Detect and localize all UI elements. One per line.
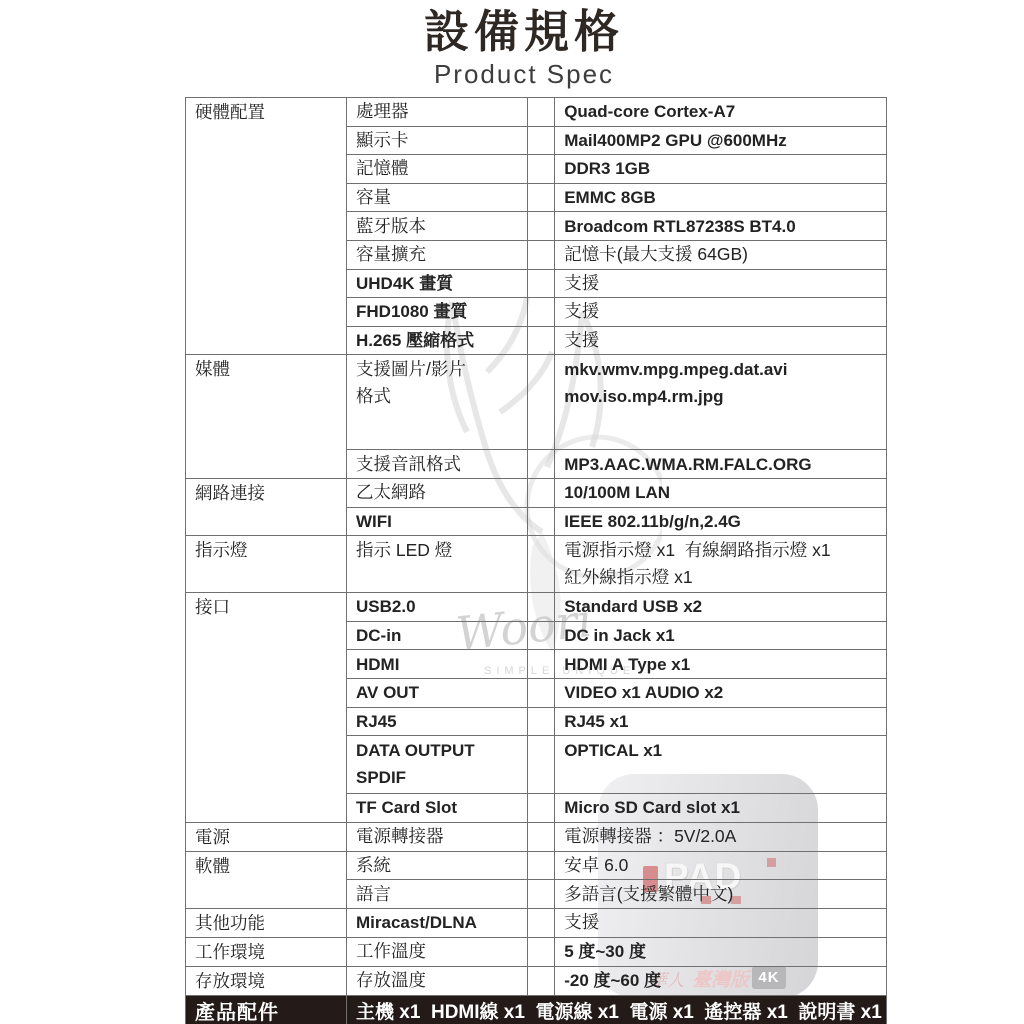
accessories-label: 產品配件 xyxy=(186,995,347,1024)
table-row: 硬體配置處理器Quad-core Cortex-A7 xyxy=(186,98,887,127)
item-cell: 容量 xyxy=(347,183,528,212)
item-cell: 支援音訊格式 xyxy=(347,450,528,479)
value-cell: 支援 xyxy=(555,269,887,298)
item-cell: DATA OUTPUTSPDIF xyxy=(347,736,528,794)
value-cell: 多語言(支援繁體中文) xyxy=(555,880,887,909)
table-row: 網路連接乙太網路10/100M LAN xyxy=(186,478,887,507)
item-cell: 工作溫度 xyxy=(347,937,528,966)
category-cell: 電源 xyxy=(186,822,347,851)
value-cell: MP3.AAC.WMA.RM.FALC.ORG xyxy=(555,450,887,479)
value-cell: -20 度~60 度 xyxy=(555,966,887,995)
spacer-cell xyxy=(527,908,555,937)
spacer-cell xyxy=(527,678,555,707)
spacer-cell xyxy=(527,966,555,995)
value-cell: Mail400MP2 GPU @600MHz xyxy=(555,126,887,155)
spacer-cell xyxy=(527,736,555,794)
spec-table: 硬體配置處理器Quad-core Cortex-A7顯示卡Mail400MP2 … xyxy=(185,97,887,1024)
spacer-cell xyxy=(527,450,555,479)
spacer-cell xyxy=(527,326,555,355)
value-cell: 安卓 6.0 xyxy=(555,851,887,880)
table-row: 其他功能Miracast/DLNA支援 xyxy=(186,908,887,937)
spacer-cell xyxy=(527,240,555,269)
item-cell: H.265 壓縮格式 xyxy=(347,326,528,355)
item-cell: RJ45 xyxy=(347,707,528,736)
spacer-cell xyxy=(527,880,555,909)
category-cell: 其他功能 xyxy=(186,908,347,937)
item-cell: USB2.0 xyxy=(347,593,528,622)
value-cell: EMMC 8GB xyxy=(555,183,887,212)
category-cell: 媒體 xyxy=(186,355,347,479)
category-cell: 軟體 xyxy=(186,851,347,908)
spacer-cell xyxy=(527,355,555,450)
accessories-row: 產品配件主機 x1 HDMI線 x1 電源線 x1 電源 x1 遙控器 x1 說… xyxy=(186,995,887,1024)
item-cell: 乙太網路 xyxy=(347,478,528,507)
value-cell: 記憶卡(最大支援 64GB) xyxy=(555,240,887,269)
item-cell: 語言 xyxy=(347,880,528,909)
item-cell: DC-in xyxy=(347,621,528,650)
value-cell: HDMI A Type x1 xyxy=(555,650,887,679)
category-cell: 指示燈 xyxy=(186,536,347,593)
table-row: 工作環境工作溫度5 度~30 度 xyxy=(186,937,887,966)
value-cell: 支援 xyxy=(555,298,887,327)
value-cell: OPTICAL x1 xyxy=(555,736,887,794)
item-cell: 容量擴充 xyxy=(347,240,528,269)
value-cell: mkv.wmv.mpg.mpeg.dat.avimov.iso.mp4.rm.j… xyxy=(555,355,887,450)
item-cell: 藍牙版本 xyxy=(347,212,528,241)
spacer-cell xyxy=(527,794,555,823)
item-cell: 支援圖片/影片格式 xyxy=(347,355,528,450)
item-cell: AV OUT xyxy=(347,678,528,707)
value-cell: 5 度~30 度 xyxy=(555,937,887,966)
value-cell: Micro SD Card slot x1 xyxy=(555,794,887,823)
item-cell: FHD1080 畫質 xyxy=(347,298,528,327)
value-cell: DC in Jack x1 xyxy=(555,621,887,650)
table-row: 電源電源轉接器電源轉接器 ：5V/2.0A xyxy=(186,822,887,851)
value-cell: 電源指示燈 x1 有線網路指示燈 x1紅外線指示燈 x1 xyxy=(555,536,887,593)
spacer-cell xyxy=(527,298,555,327)
table-row: 指示燈指示 LED 燈電源指示燈 x1 有線網路指示燈 x1紅外線指示燈 x1 xyxy=(186,536,887,593)
spacer-cell xyxy=(527,507,555,536)
value-cell: Quad-core Cortex-A7 xyxy=(555,98,887,127)
item-cell: WIFI xyxy=(347,507,528,536)
item-cell: Miracast/DLNA xyxy=(347,908,528,937)
table-row: 接口USB2.0Standard USB x2 xyxy=(186,593,887,622)
item-cell: 系統 xyxy=(347,851,528,880)
table-row: 存放環境存放溫度-20 度~60 度 xyxy=(186,966,887,995)
item-cell: 顯示卡 xyxy=(347,126,528,155)
category-cell: 網路連接 xyxy=(186,478,347,535)
item-cell: TF Card Slot xyxy=(347,794,528,823)
table-row: 媒體支援圖片/影片格式mkv.wmv.mpg.mpeg.dat.avimov.i… xyxy=(186,355,887,450)
spacer-cell xyxy=(527,478,555,507)
spacer-cell xyxy=(527,98,555,127)
value-cell: RJ45 x1 xyxy=(555,707,887,736)
value-cell: Standard USB x2 xyxy=(555,593,887,622)
spacer-cell xyxy=(527,650,555,679)
product-spec-sheet: Woori SIMPLE UNIQUE PAD 華人臺灣版 4K 設備規格 Pr… xyxy=(0,0,1024,1024)
value-cell: IEEE 802.11b/g/n,2.4G xyxy=(555,507,887,536)
spacer-cell xyxy=(527,593,555,622)
spacer-cell xyxy=(527,937,555,966)
category-cell: 硬體配置 xyxy=(186,98,347,355)
table-row: 軟體系統安卓 6.0 xyxy=(186,851,887,880)
spacer-cell xyxy=(527,155,555,184)
spacer-cell xyxy=(527,212,555,241)
item-cell: UHD4K 畫質 xyxy=(347,269,528,298)
spacer-cell xyxy=(527,707,555,736)
spacer-cell xyxy=(527,183,555,212)
page-title: 設備規格 xyxy=(185,6,863,58)
value-cell: 支援 xyxy=(555,908,887,937)
value-cell: Broadcom RTL87238S BT4.0 xyxy=(555,212,887,241)
value-cell: 10/100M LAN xyxy=(555,478,887,507)
page-subtitle: Product Spec xyxy=(185,59,863,89)
item-cell: 電源轉接器 xyxy=(347,822,528,851)
item-cell: 記憶體 xyxy=(347,155,528,184)
item-cell: 存放溫度 xyxy=(347,966,528,995)
value-cell: DDR3 1GB xyxy=(555,155,887,184)
spacer-cell xyxy=(527,621,555,650)
value-cell: 電源轉接器 ：5V/2.0A xyxy=(555,822,887,851)
spec-table-body: 硬體配置處理器Quad-core Cortex-A7顯示卡Mail400MP2 … xyxy=(186,98,887,1024)
category-cell: 工作環境 xyxy=(186,937,347,966)
accessories-value: 主機 x1 HDMI線 x1 電源線 x1 電源 x1 遙控器 x1 說明書 x… xyxy=(347,995,887,1024)
category-cell: 存放環境 xyxy=(186,966,347,995)
item-cell: HDMI xyxy=(347,650,528,679)
spacer-cell xyxy=(527,822,555,851)
spacer-cell xyxy=(527,536,555,593)
value-cell: VIDEO x1 AUDIO x2 xyxy=(555,678,887,707)
item-cell: 處理器 xyxy=(347,98,528,127)
item-cell: 指示 LED 燈 xyxy=(347,536,528,593)
value-cell: 支援 xyxy=(555,326,887,355)
category-cell: 接口 xyxy=(186,593,347,823)
spacer-cell xyxy=(527,269,555,298)
spacer-cell xyxy=(527,126,555,155)
spacer-cell xyxy=(527,851,555,880)
